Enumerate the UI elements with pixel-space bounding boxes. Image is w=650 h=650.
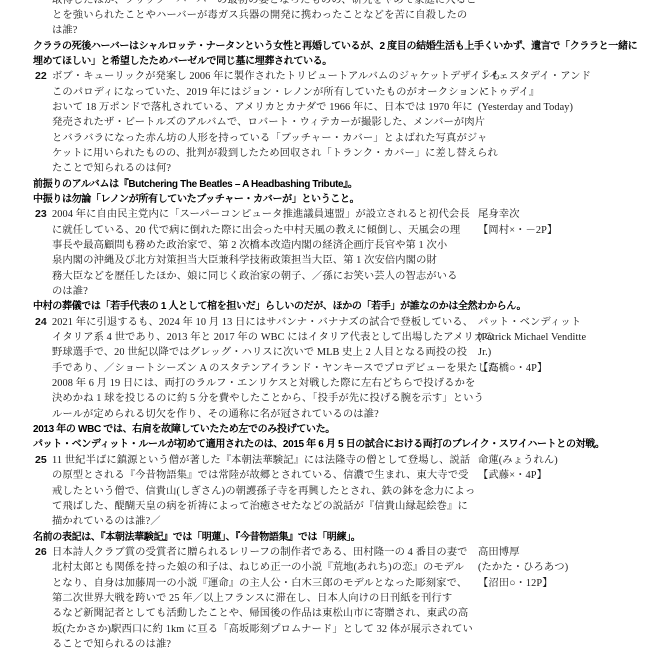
question-line: 決めかね 1 球を投じるのに約 5 分を費やしたことから、「投手が先に投げる腕を… [0,391,650,406]
question-line: 坂(たかさか)駅西口に約 1km に亘る「高坂彫刻プロムナード」として 32 体… [0,622,650,637]
answer-text: 【沼田○・12P】 [478,576,553,591]
question-text: 手であり、／ショートシーズン A のスタテンアイランド・ヤンキースでプロデビュー… [52,361,498,376]
question-line: たことで知られるのは何? [0,161,650,176]
question-line: 232004 年に自由民主党内に「スーパーコンピュータ推進議員連盟」が設立される… [0,207,650,222]
answer-text: 命蓮(みょうれん) [478,453,558,468]
question-number: 22 [35,69,47,84]
question-line: 2008 年 6 月 19 日には、両打のラルフ・エンリケスと対戦した際に左右ど… [0,376,650,391]
commentary-text: 中振りは勿論「レノンが所有していたブッチャー・カバーが」ということ。 [33,192,359,207]
question-text: ケットに用いられたものの、批判が殺到したため回収され「トランク・カバー」に差し替… [52,146,498,161]
question-number: 23 [35,207,47,222]
question-text: のは誰? [52,284,88,299]
answer-text: (Patrick Michael Venditte [478,330,586,345]
question-text: は誰? [52,23,77,38]
question-line: 手であり、／ショートシーズン A のスタテンアイランド・ヤンキースでプロデビュー… [0,361,650,376]
question-line: 描かれているのは誰?／ [0,514,650,529]
question-line: は誰? [0,23,650,38]
question-text: 取得したほか、フリッツ・ハーバーの最初の妻となったものの、研究をやめて家庭に入る… [52,0,477,8]
answer-text: ・トゥデイ』 [478,85,539,100]
answer-text: (Yesterday and Today) [478,100,573,115]
question-text: とを強いられたことやハーバーが毒ガス兵器の開発に携わったことなどを苦に自殺したの [52,8,467,23]
question-line: となり、自身は加藤周一の小説『運命』の主人公・白木三郎のモデルとなった彫刻家で、… [0,576,650,591]
question-line: のは誰? [0,284,650,299]
question-line: おいて 18 万ポンドで落札されている、アメリカとカナダで 1966 年に、日本… [0,100,650,115]
commentary-text: パット・ベンディット・ルールが初めて適用されたのは、2015 年 6 月 5 日… [33,437,605,452]
question-text: 発売されたザ・ビートルズのアルバムで、ロバート・ウィテカーが撮影した、メンバーが… [52,115,485,130]
commentary-line: 中村の葬儀では「若手代表の 1 人として棺を担いだ」らしいのだが、ほかの「若手」… [0,299,650,314]
question-text: 描かれているのは誰?／ [52,514,161,529]
question-line: 泉内閣の沖縄及び北方対策担当大臣兼科学技術政策担当大臣、第 1 次安倍内閣の財 [0,253,650,268]
commentary-text: 埋めてほしい」と希望したためバーゼルで同じ墓に埋葬されている。 [33,54,332,69]
answer-text: Jr.) [478,345,491,360]
answer-text: 【武藤×・4P】 [478,468,547,483]
question-line: とを強いられたことやハーバーが毒ガス兵器の開発に携わったことなどを苦に自殺したの [0,8,650,23]
commentary-text: 中村の葬儀では「若手代表の 1 人として棺を担いだ」らしいのだが、ほかの「若手」… [33,299,526,314]
question-line: ケットに用いられたものの、批判が殺到したため回収され「トランク・カバー」に差し替… [0,146,650,161]
question-line: とバラバラになった赤ん坊の人形を持っている「ブッチャー・カバー」とよばれた写真が… [0,131,650,146]
question-line: 発売されたザ・ビートルズのアルバムで、ロバート・ウィテカーが撮影した、メンバーが… [0,115,650,130]
question-line: 22ボブ・キューリックが発案し 2006 年に製作されたトリビュートアルバムのジ… [0,69,650,84]
commentary-line: 前振りのアルバムは『Butchering The Beatles – A Hea… [0,177,650,192]
question-line: 務大臣などを歴任したほか、娘に同じく政治家の朝子、／孫にお笑い芸人の智志がいる [0,269,650,284]
question-text: このパロディになっていた、2019 年にはジョン・レノンが所有していたものがオー… [52,85,489,100]
commentary-text: 名前の表記は、『本朝法華験記』では「明蓮」、『今昔物語集』では「明練」。 [33,530,360,545]
question-line: の原型とされる『今昔物語集』では常陸が故郷とされている、信濃で生まれ、東大寺で受… [0,468,650,483]
question-text: 北村太郎とも関係を持った娘の和子は、ねじめ正一の小説『荒地(あれち)の恋』のモデ… [52,560,464,575]
answer-text: (たかた・ひろあつ) [478,560,568,575]
question-text: 務大臣などを歴任したほか、娘に同じく政治家の朝子、／孫にお笑い芸人の智志がいる [52,269,457,284]
question-text: ることで知られるのは誰? [52,637,171,650]
question-text: とバラバラになった赤ん坊の人形を持っている「ブッチャー・カバー」とよばれた写真が… [52,131,487,146]
question-text: 決めかね 1 球を投じるのに約 5 分を費やしたことから、「投手が先に投げる腕を… [52,391,484,406]
commentary-line: 2013 年の WBC では、右肩を故障していたため左でのみ投げていた。 [0,422,650,437]
question-text: の原型とされる『今昔物語集』では常陸が故郷とされている、信濃で生まれ、東大寺で受 [52,468,469,483]
question-line: に就任している、20 代で病に倒れた際に出会った中村天風の教えに傾倒し、天風会の… [0,223,650,238]
answer-text: パット・ベンディット [478,315,581,330]
commentary-line: パット・ベンディット・ルールが初めて適用されたのは、2015 年 6 月 5 日… [0,437,650,452]
question-line: ることで知られるのは誰? [0,637,650,650]
question-line: ルールが定められる切欠を作り、その通称に名が冠されているのは誰? [0,407,650,422]
answer-text: 高田博厚 [478,545,520,560]
question-line: このパロディになっていた、2019 年にはジョン・レノンが所有していたものがオー… [0,85,650,100]
commentary-text: クララの死後ハーバーはシャルロッテ・ナータンという女性と再婚しているが、2 度目… [33,39,637,54]
question-line: 事長や最高顧問も務めた政治家で、第 2 次橋本改造内閣の経済企画庁長官や第 1 … [0,238,650,253]
answer-text: 『イェスタデイ・アンド [478,69,591,84]
question-text: 11 世紀半ばに鎮源という僧が著した『本朝法華験記』には法隆寺の僧として登場し、… [52,453,470,468]
question-text: 2021 年に引退するも、2024 年 10 月 13 日にはサバンナ・バナナズ… [52,315,473,330]
question-text: ルールが定められる切欠を作り、その通称に名が冠されているのは誰? [52,407,379,422]
question-line: 北村太郎とも関係を持った娘の和子は、ねじめ正一の小説『荒地(あれち)の恋』のモデ… [0,560,650,575]
question-number: 25 [35,453,47,468]
question-text: に就任している、20 代で病に倒れた際に出会った中村天風の教えに傾倒し、天風会の… [52,223,460,238]
question-text: 第二次世界大戦を跨いで 25 年／以上フランスに滞在し、日本人向けの日刊紙を刊行… [52,591,452,606]
question-number: 24 [35,315,47,330]
commentary-line: 埋めてほしい」と希望したためバーゼルで同じ墓に埋葬されている。 [0,54,650,69]
commentary-text: 前振りのアルバムは『Butchering The Beatles – A Hea… [33,177,358,192]
commentary-line: 中振りは勿論「レノンが所有していたブッチャー・カバーが」ということ。 [0,192,650,207]
question-text: イタリア系 4 世であり、2013 年と 2017 年の WBC にはイタリア代… [52,330,494,345]
question-text: て飛ばした、醍醐天皇の病を祈祷によって治癒させたなどの説話が『信貴山縁起絵巻』に [52,499,468,514]
question-text: 野球選手で、20 世紀以降ではグレッグ・ハリスに次いで MLB 史上 2 人目と… [52,345,467,360]
question-text: 泉内閣の沖縄及び北方対策担当大臣兼科学技術政策担当大臣、第 1 次安倍内閣の財 [52,253,437,268]
question-line: 242021 年に引退するも、2024 年 10 月 13 日にはサバンナ・バナ… [0,315,650,330]
question-text: ボブ・キューリックが発案し 2006 年に製作されたトリビュートアルバムのジャケ… [52,69,501,84]
question-text: 2004 年に自由民主党内に「スーパーコンピュータ推進議員連盟」が設立されると初… [52,207,470,222]
quiz-document-page: 取得したほか、フリッツ・ハーバーの最初の妻となったものの、研究をやめて家庭に入る… [0,0,650,650]
question-line: 取得したほか、フリッツ・ハーバーの最初の妻となったものの、研究をやめて家庭に入る… [0,0,650,8]
question-text: 2008 年 6 月 19 日には、両打のラルフ・エンリケスと対戦した際に左右ど… [52,376,475,391]
commentary-line: クララの死後ハーバーはシャルロッテ・ナータンという女性と再婚しているが、2 度目… [0,39,650,54]
question-line: イタリア系 4 世であり、2013 年と 2017 年の WBC にはイタリア代… [0,330,650,345]
question-line: 戒したという僧で、信貴山(しぎさん)の朝護孫子寺を再興したとされ、鉄の鉢を念力に… [0,484,650,499]
question-text: 坂(たかさか)駅西口に約 1km に亘る「高坂彫刻プロムナード」として 32 体… [52,622,473,637]
question-number: 26 [35,545,47,560]
question-text: おいて 18 万ポンドで落札されている、アメリカとカナダで 1966 年に、日本… [52,100,473,115]
question-text: 事長や最高顧問も務めた政治家で、第 2 次橋本改造内閣の経済企画庁長官や第 1 … [52,238,447,253]
question-text: 日本詩人クラブ賞の受賞者に贈られるレリーフの制作者である、田村隆一の 4 番目の… [52,545,468,560]
question-text: たことで知られるのは何? [52,161,171,176]
question-line: 2511 世紀半ばに鎮源という僧が著した『本朝法華験記』には法隆寺の僧として登場… [0,453,650,468]
question-text: となり、自身は加藤周一の小説『運命』の主人公・白木三郎のモデルとなった彫刻家で、 [52,576,467,591]
question-line: 26日本詩人クラブ賞の受賞者に贈られるレリーフの制作者である、田村隆一の 4 番… [0,545,650,560]
commentary-line: 名前の表記は、『本朝法華験記』では「明蓮」、『今昔物語集』では「明練」。 [0,530,650,545]
question-text: 戒したという僧で、信貴山(しぎさん)の朝護孫子寺を再興したとされ、鉄の鉢を念力に… [52,484,475,499]
question-line: 野球選手で、20 世紀以降ではグレッグ・ハリスに次いで MLB 史上 2 人目と… [0,345,650,360]
question-text: るなど新聞記者としても活動したことや、帰国後の作品は東松山市に寄贈され、東武の高 [52,606,468,621]
question-line: て飛ばした、醍醐天皇の病を祈祷によって治癒させたなどの説話が『信貴山縁起絵巻』に [0,499,650,514]
question-line: るなど新聞記者としても活動したことや、帰国後の作品は東松山市に寄贈され、東武の高 [0,606,650,621]
commentary-text: 2013 年の WBC では、右肩を故障していたため左でのみ投げていた。 [33,422,335,437]
answer-text: 【高橋○・4P】 [478,361,547,376]
answer-text: 【岡村×・－2P】 [478,223,557,238]
answer-text: 尾身幸次 [478,207,520,222]
question-line: 第二次世界大戦を跨いで 25 年／以上フランスに滞在し、日本人向けの日刊紙を刊行… [0,591,650,606]
